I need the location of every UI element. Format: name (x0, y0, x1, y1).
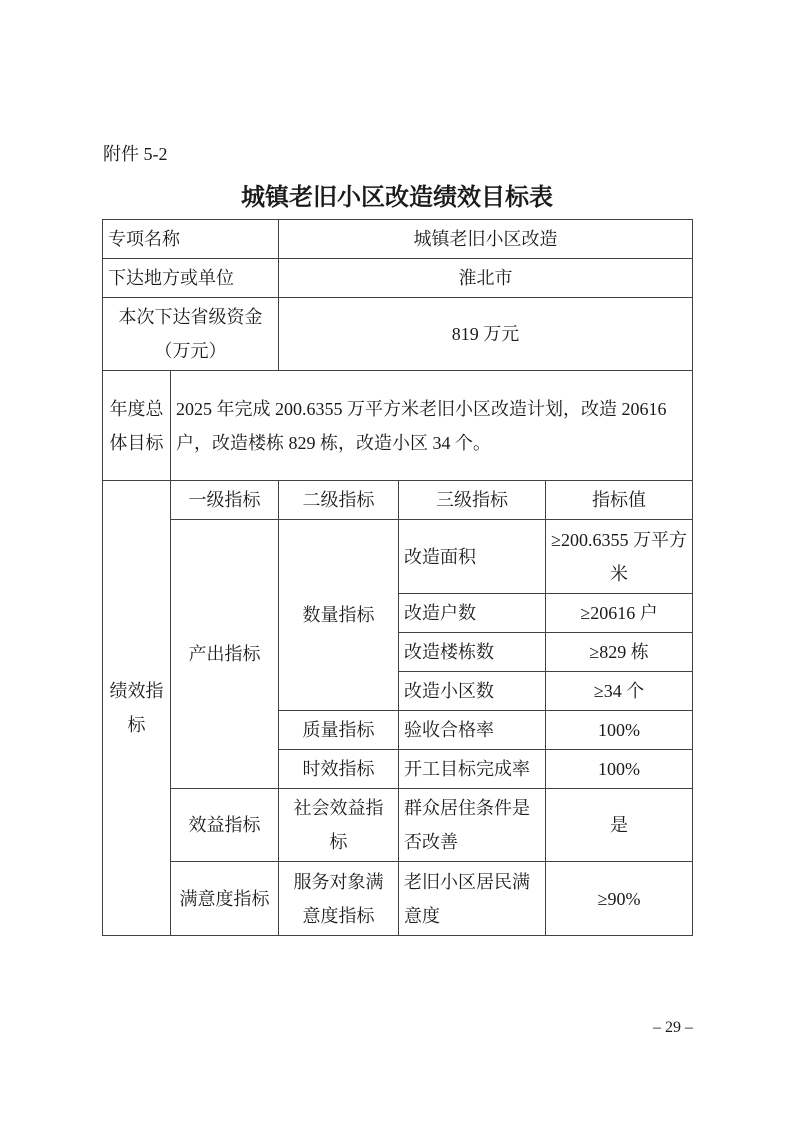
level2-service-satisfaction-indicators: 服务对象满 意度指标 (279, 862, 399, 936)
target-start-completion-rate: 100% (546, 750, 693, 789)
indicator-living-conditions: 群众居住条件是 否改善 (399, 789, 546, 862)
target-households: ≥20616 户 (546, 594, 693, 633)
target-renovation-area: ≥200.6355 万平方 米 (546, 520, 693, 594)
target-living-conditions: 是 (546, 789, 693, 862)
issued-to-label: 下达地方或单位 (103, 259, 279, 298)
project-name-value: 城镇老旧小区改造 (279, 220, 693, 259)
table-row: 年度总体目标 2025 年完成 200.6355 万平方米老旧小区改造计划，改造… (103, 371, 693, 481)
table-row: 满意度指标 服务对象满 意度指标 老旧小区居民满 意度 ≥90% (103, 862, 693, 936)
level2-timeliness-indicators: 时效指标 (279, 750, 399, 789)
table-header-row: 绩效指标 一级指标 二级指标 三级指标 指标值 (103, 481, 693, 520)
target-communities: ≥34 个 (546, 672, 693, 711)
project-name-label: 专项名称 (103, 220, 279, 259)
indicator-communities: 改造小区数 (399, 672, 546, 711)
header-level3: 三级指标 (399, 481, 546, 520)
provincial-funds-label: 本次下达省级资金 （万元） (103, 298, 279, 371)
issued-to-value: 淮北市 (279, 259, 693, 298)
table-row: 本次下达省级资金 （万元） 819 万元 (103, 298, 693, 371)
document-page: 附件 5-2 城镇老旧小区改造绩效目标表 专项名称 城镇老旧小区改造 下达地方或… (0, 0, 793, 1122)
provincial-funds-value: 819 万元 (279, 298, 693, 371)
table-row: 专项名称 城镇老旧小区改造 (103, 220, 693, 259)
level1-output-indicators: 产出指标 (171, 520, 279, 789)
header-target-value: 指标值 (546, 481, 693, 520)
indicator-start-completion-rate: 开工目标完成率 (399, 750, 546, 789)
indicator-households: 改造户数 (399, 594, 546, 633)
annual-goal-text: 2025 年完成 200.6355 万平方米老旧小区改造计划，改造 20616 … (171, 371, 693, 481)
target-resident-satisfaction: ≥90% (546, 862, 693, 936)
indicator-renovation-area: 改造面积 (399, 520, 546, 594)
level1-benefit-indicators: 效益指标 (171, 789, 279, 862)
header-level1: 一级指标 (171, 481, 279, 520)
attachment-label: 附件 5-2 (103, 143, 168, 165)
target-buildings: ≥829 栋 (546, 633, 693, 672)
page-title: 城镇老旧小区改造绩效目标表 (102, 184, 692, 212)
performance-target-table: 专项名称 城镇老旧小区改造 下达地方或单位 淮北市 本次下达省级资金 （万元） … (102, 219, 693, 936)
level2-quality-indicators: 质量指标 (279, 711, 399, 750)
indicator-acceptance-rate: 验收合格率 (399, 711, 546, 750)
indicator-buildings: 改造楼栋数 (399, 633, 546, 672)
table-row: 效益指标 社会效益指 标 群众居住条件是 否改善 是 (103, 789, 693, 862)
target-acceptance-rate: 100% (546, 711, 693, 750)
table-row: 下达地方或单位 淮北市 (103, 259, 693, 298)
indicator-resident-satisfaction: 老旧小区居民满 意度 (399, 862, 546, 936)
performance-section-label: 绩效指标 (103, 481, 171, 936)
header-level2: 二级指标 (279, 481, 399, 520)
level2-quantity-indicators: 数量指标 (279, 520, 399, 711)
table-row: 产出指标 数量指标 改造面积 ≥200.6355 万平方 米 (103, 520, 693, 594)
level2-social-benefit-indicators: 社会效益指 标 (279, 789, 399, 862)
page-number: – 29 – (653, 1018, 693, 1038)
level1-satisfaction-indicators: 满意度指标 (171, 862, 279, 936)
annual-goal-label: 年度总体目标 (103, 371, 171, 481)
